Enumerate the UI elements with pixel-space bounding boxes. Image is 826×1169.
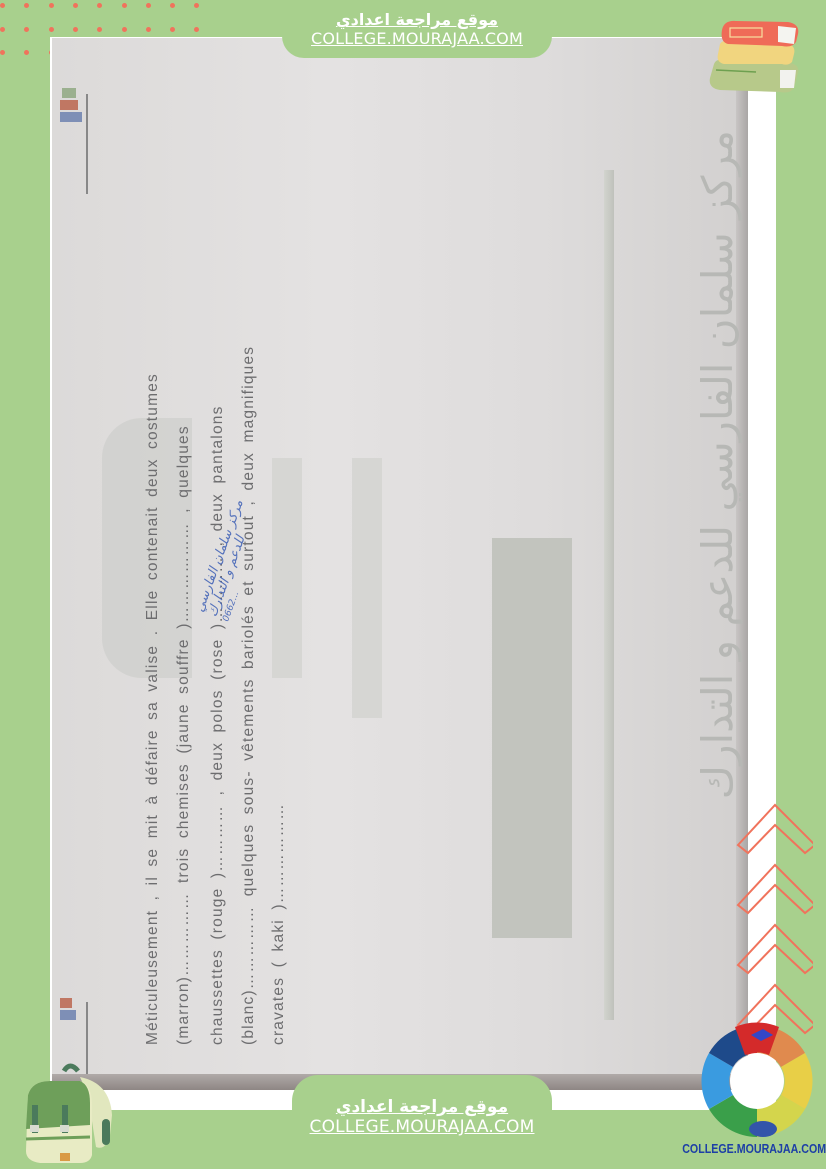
books-stack-icon [696,14,806,96]
dot-icon [73,27,78,32]
dot-icon [194,3,199,8]
watermark-line [604,170,614,1020]
footer-site-name[interactable]: موقع مراجعة اعدادي [292,1097,552,1117]
pen-marks-top [60,88,88,196]
photo-shadow [492,538,572,938]
dot-icon [0,27,5,32]
logo-text: COLLEGE.MOURAJAA.COM [682,1141,812,1156]
footer-banner[interactable]: موقع مراجعة اعدادي COLLEGE.MOURAJAA.COM [292,1075,552,1169]
dot-icon [97,3,102,8]
dot-icon [170,3,175,8]
dot-icon [73,3,78,8]
chevron-up-icon [733,790,813,1040]
exercise-line: cravates ( kaki )……………… [264,115,295,1045]
exercise-line: Méticuleusement , il se mit à défaire sa… [138,115,169,1045]
header-banner[interactable]: موقع مراجعة اعدادي COLLEGE.MOURAJAA.COM [282,0,552,58]
dot-icon [24,50,29,55]
dot-icon [194,27,199,32]
dot-icon [0,3,5,8]
header-site-name[interactable]: موقع مراجعة اعدادي [282,10,552,29]
dot-icon [170,27,175,32]
dot-icon [24,27,29,32]
header-site-url[interactable]: COLLEGE.MOURAJAA.COM [282,29,552,48]
dot-icon [122,27,127,32]
dot-icon [49,3,54,8]
backpack-icon [10,1055,120,1167]
footer-site-url[interactable]: COLLEGE.MOURAJAA.COM [292,1117,552,1137]
dot-icon [97,27,102,32]
dot-icon [122,3,127,8]
dot-icon [0,50,5,55]
photo-shadow [352,458,382,718]
dot-icon [24,3,29,8]
exercise-line: (marron)…………… trois chemises (jaune souf… [169,115,200,1045]
dot-icon [146,3,151,8]
dot-icon [49,27,54,32]
dot-icon [146,27,151,32]
